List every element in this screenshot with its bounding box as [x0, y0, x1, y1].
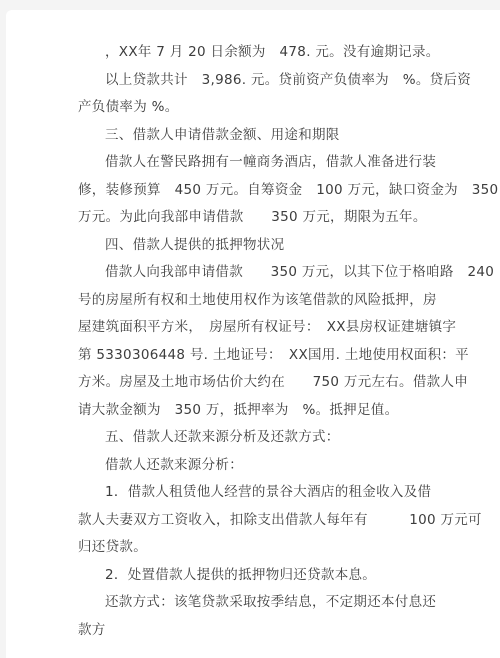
document-viewer: ，XX年 7 月 20 日余额为 478. 元。没有逾期记录。以上贷款共计 3,…: [0, 0, 500, 658]
document-line: 万元。为此向我部申请借款 350 万元，期限为五年。: [78, 204, 472, 232]
document-line: 号的房屋所有权和土地使用权作为该笔借款的风险抵押，房: [78, 287, 472, 315]
document-line: 第 5330306448 号. 土地证号： XX国用. 土地使用权面积：平: [78, 342, 472, 370]
document-line: 屋建筑面积平方米， 房屋所有权证号： XX县房权证建塘镇字: [78, 314, 472, 342]
document-line: 请大款金额为 350 万，抵押率为 %。抵押足值。: [78, 397, 472, 425]
document-line: 五、借款人还款来源分析及还款方式：: [78, 424, 472, 452]
document-line: 1．借款人租赁他人经营的景谷大酒店的租金收入及借: [78, 479, 472, 507]
document-line: 修，装修预算 450 万元。自筹资金 100 万元，缺口资金为 350: [78, 177, 472, 205]
document-line: 归还贷款。: [78, 534, 472, 562]
document-line: 借款人向我部申请借款 350 万元，以其下位于格咱路 240: [78, 259, 472, 287]
document-line: 产负债率为 %。: [78, 94, 472, 122]
document-body: ，XX年 7 月 20 日余额为 478. 元。没有逾期记录。以上贷款共计 3,…: [6, 10, 500, 644]
document-line: 借款人在警民路拥有一幢商务酒店，借款人准备进行装: [78, 149, 472, 177]
document-line: 四、借款人提供的抵押物状况: [78, 232, 472, 260]
document-lines: ，XX年 7 月 20 日余额为 478. 元。没有逾期记录。以上贷款共计 3,…: [78, 39, 472, 644]
document-line: 款人夫妻双方工资收入，扣除支出借款人每年有 100 万元可: [78, 507, 472, 535]
document-line: ，XX年 7 月 20 日余额为 478. 元。没有逾期记录。: [78, 39, 472, 67]
document-line: 以上贷款共计 3,986. 元。贷前资产负债率为 %。贷后资: [78, 67, 472, 95]
document-line: 款方: [78, 617, 472, 645]
document-page: ，XX年 7 月 20 日余额为 478. 元。没有逾期记录。以上贷款共计 3,…: [6, 10, 500, 658]
document-line: 方米。房屋及土地市场估价大约在 750 万元左右。借款人申: [78, 369, 472, 397]
document-line: 三、借款人申请借款金额、用途和期限: [78, 122, 472, 150]
document-line: 还款方式：该笔贷款采取按季结息，不定期还本付息还: [78, 589, 472, 617]
document-line: 2．处置借款人提供的抵押物归还贷款本息。: [78, 562, 472, 590]
document-line: 借款人还款来源分析：: [78, 452, 472, 480]
